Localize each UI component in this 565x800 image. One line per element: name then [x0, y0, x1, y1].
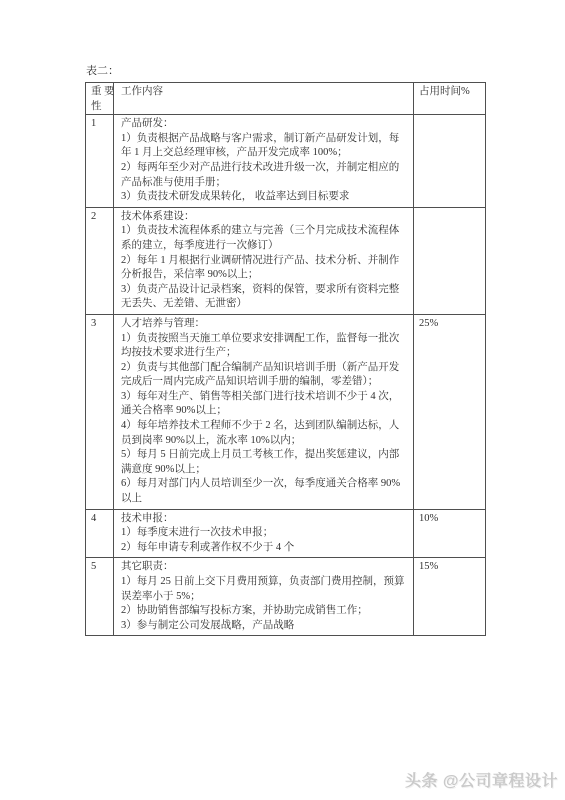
row-item: 2）每年申请专利或著作权不少于 4 个: [121, 541, 407, 556]
row-title: 人才培养与管理：: [121, 317, 407, 332]
importance-cell: 1: [86, 115, 114, 208]
importance-cell: 5: [86, 558, 114, 636]
time-cell: [414, 115, 486, 208]
row-item: 3）负责技术研发成果转化， 收益率达到目标要求: [121, 190, 407, 205]
table-row: 5其它职责：1）每月 25 日前上交下月费用预算，负责部门费用控制，预算误差率小…: [86, 558, 486, 636]
row-item: 4）每年培养技术工程师不少于 2 名，达到团队编制达标，人员到岗率 90%以上，…: [121, 419, 407, 448]
header-importance-line1: 重 要: [91, 85, 112, 100]
header-work-content: 工作内容: [114, 83, 414, 115]
time-cell: 10%: [414, 509, 486, 558]
row-item: 1）每季度末进行一次技术申报；: [121, 526, 407, 541]
content-cell: 技术体系建设：1）负责技术流程体系的建立与完善（三个月完成技术流程体系的建立，每…: [114, 207, 414, 314]
header-time-percent: 占用时间%: [414, 83, 486, 115]
row-item: 2）每年 1 月根据行业调研情况进行产品、技术分析、并制作分析报告，采信率 90…: [121, 254, 407, 283]
row-item: 1）负责根据产品战略与客户需求，制订新产品研发计划，每年 1 月上交总经理审核，…: [121, 132, 407, 161]
content-cell: 人才培养与管理：1）负责按照当天施工单位要求安排调配工作，监督每一批次均按技术要…: [114, 314, 414, 509]
content-cell: 技术申报：1）每季度末进行一次技术申报；2）每年申请专利或著作权不少于 4 个: [114, 509, 414, 558]
importance-cell: 3: [86, 314, 114, 509]
watermark: 头条 @公司章程设计: [405, 768, 558, 791]
row-title: 技术体系建设：: [121, 210, 407, 225]
row-item: 3）负责产品设计记录档案，资料的保管，要求所有资料完整无丢失、无差错、无泄密）: [121, 283, 407, 312]
table-label: 表二：: [86, 64, 119, 78]
table-row: 4技术申报：1）每季度末进行一次技术申报；2）每年申请专利或著作权不少于 4 个…: [86, 509, 486, 558]
row-item: 6）每月对部门内人员培训至少一次，每季度通关合格率 90%以上: [121, 477, 407, 506]
importance-cell: 2: [86, 207, 114, 314]
duty-table: 重 要 性 工作内容 占用时间% 1产品研发：1）负责根据产品战略与客户需求，制…: [85, 82, 486, 636]
table-body: 1产品研发：1）负责根据产品战略与客户需求，制订新产品研发计划，每年 1 月上交…: [86, 115, 486, 636]
header-importance: 重 要 性: [86, 83, 114, 115]
row-item: 1）负责按照当天施工单位要求安排调配工作，监督每一批次均按技术要求进行生产；: [121, 332, 407, 361]
document-page: 表二： 重 要 性 工作内容 占用时间% 1产品研发：1）负责根据产品战略与客户…: [0, 0, 565, 800]
row-item: 2）协助销售部编写投标方案，并协助完成销售工作；: [121, 604, 407, 619]
time-cell: 25%: [414, 314, 486, 509]
importance-cell: 4: [86, 509, 114, 558]
header-row: 重 要 性 工作内容 占用时间%: [86, 83, 486, 115]
row-title: 产品研发：: [121, 117, 407, 132]
row-title: 技术申报：: [121, 512, 407, 527]
table-row: 1产品研发：1）负责根据产品战略与客户需求，制订新产品研发计划，每年 1 月上交…: [86, 115, 486, 208]
row-item: 3）参与制定公司发展战略，产品战略: [121, 619, 407, 634]
row-item: 2）每两年至少对产品进行技术改进升级一次，并制定相应的产品标准与使用手册；: [121, 161, 407, 190]
table-row: 3人才培养与管理：1）负责按照当天施工单位要求安排调配工作，监督每一批次均按技术…: [86, 314, 486, 509]
header-importance-line2: 性: [91, 100, 112, 115]
row-item: 5）每月 5 日前完成上月员工考核工作，提出奖惩建议，内部满意度 90%以上；: [121, 448, 407, 477]
row-item: 1）每月 25 日前上交下月费用预算，负责部门费用控制，预算误差率小于 5%；: [121, 575, 407, 604]
content-cell: 其它职责：1）每月 25 日前上交下月费用预算，负责部门费用控制，预算误差率小于…: [114, 558, 414, 636]
row-item: 2）负责与其他部门配合编制产品知识培训手册（新产品开发完成后一周内完成产品知识培…: [121, 361, 407, 390]
row-item: 3）每年对生产、销售等相关部门进行技术培训不少于 4 次，通关合格率 90%以上…: [121, 390, 407, 419]
row-item: 1）负责技术流程体系的建立与完善（三个月完成技术流程体系的建立，每季度进行一次修…: [121, 224, 407, 253]
time-cell: [414, 207, 486, 314]
table-row: 2技术体系建设：1）负责技术流程体系的建立与完善（三个月完成技术流程体系的建立，…: [86, 207, 486, 314]
content-cell: 产品研发：1）负责根据产品战略与客户需求，制订新产品研发计划，每年 1 月上交总…: [114, 115, 414, 208]
row-title: 其它职责：: [121, 560, 407, 575]
time-cell: 15%: [414, 558, 486, 636]
